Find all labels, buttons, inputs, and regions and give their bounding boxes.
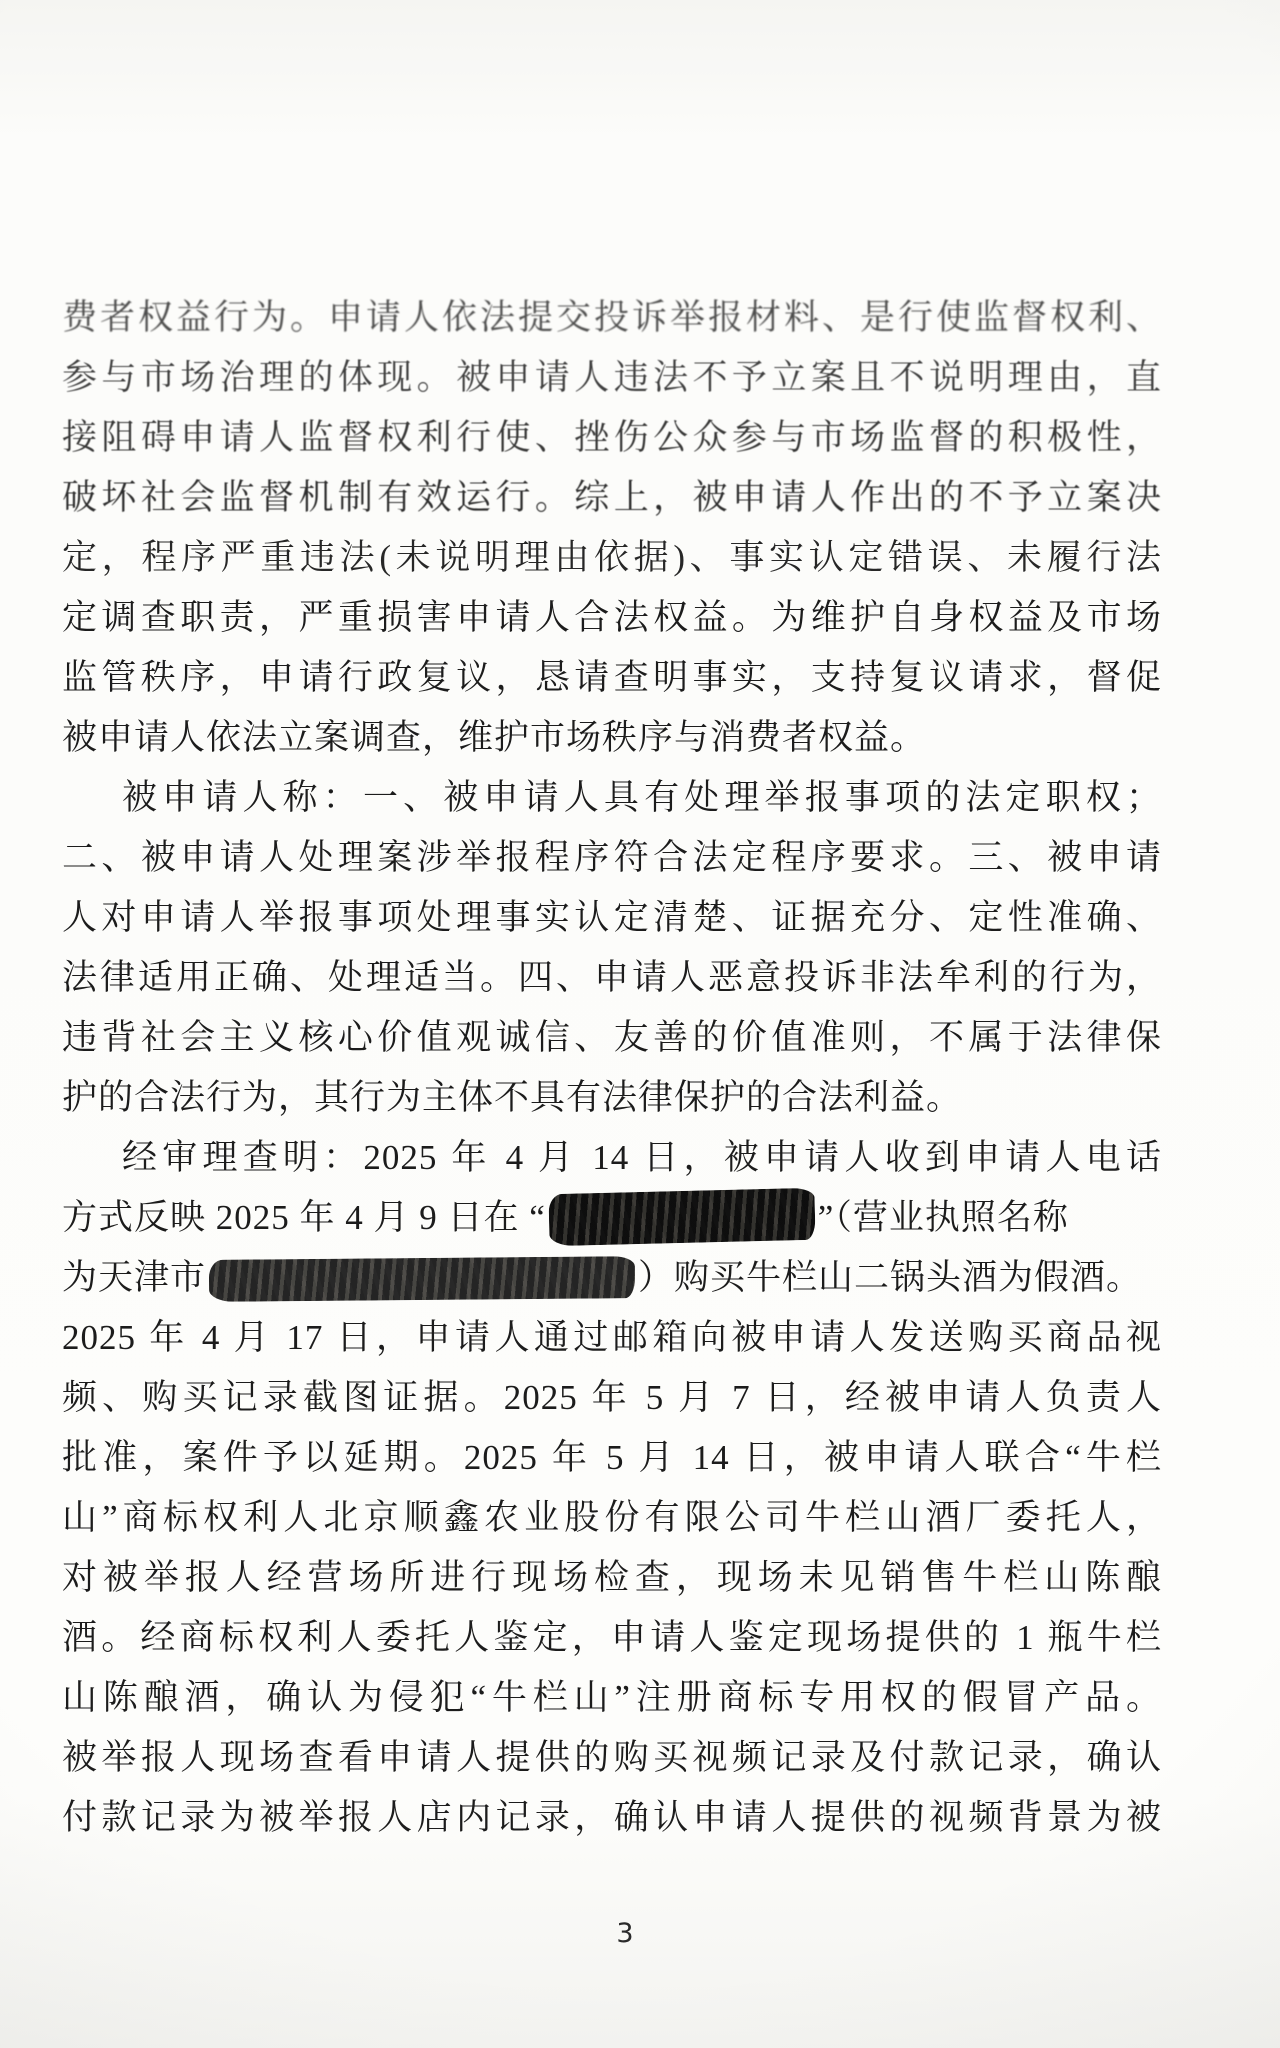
document-line: 护的合法行为，其行为主体不具有法律保护的合法利益。 [62, 1068, 1162, 1128]
document-line: 监管秩序，申请行政复议，恳请查明事实，支持复议请求，督促 [62, 648, 1162, 708]
page-footer: 3 [0, 1918, 1250, 1949]
document-line: 方式反映 2025 年 4 月 9 日在 “”（营业执照名称 [62, 1188, 1162, 1248]
document-line: 山陈酿酒，确认为侵犯“牛栏山”注册商标专用权的假冒产品。 [62, 1668, 1162, 1728]
document-line: 被举报人现场查看申请人提供的购买视频记录及付款记录，确认 [62, 1728, 1162, 1788]
document-text-segment: ”（营业执照名称 [818, 1198, 1069, 1237]
document-line: 酒。经商标权利人委托人鉴定，申请人鉴定现场提供的 1 瓶牛栏 [62, 1608, 1162, 1668]
document-line: 2025 年 4 月 17 日，申请人通过邮箱向被申请人发送购买商品视 [62, 1308, 1162, 1368]
document-photo: 费者权益行为。申请人依法提交投诉举报材料、是行使监督权利、参与市场治理的体现。被… [0, 0, 1280, 2048]
document-text-segment: 为天津市 [62, 1258, 206, 1297]
document-line: 人对申请人举报事项处理事实认定清楚、证据充分、定性准确、 [62, 888, 1162, 948]
document-line: 被申请人称：一、被申请人具有处理举报事项的法定职权； [62, 768, 1162, 828]
document-line: 为天津市）购买牛栏山二锅头酒为假酒。 [62, 1248, 1162, 1308]
document-text: 费者权益行为。申请人依法提交投诉举报材料、是行使监督权利、参与市场治理的体现。被… [62, 288, 1162, 1848]
document-line: 定，程序严重违法(未说明理由依据)、事实认定错误、未履行法 [62, 528, 1162, 588]
document-line: 批准，案件予以延期。2025 年 5 月 14 日，被申请人联合“牛栏 [62, 1428, 1162, 1488]
document-line: 违背社会主义核心价值观诚信、友善的价值准则，不属于法律保 [62, 1008, 1162, 1068]
document-line: 被申请人依法立案调查，维护市场秩序与消费者权益。 [62, 708, 1162, 768]
document-line: 法律适用正确、处理适当。四、申请人恶意投诉非法牟利的行为， [62, 948, 1162, 1008]
page-number: 3 [616, 1918, 633, 1949]
redaction-mark-store-name [548, 1188, 815, 1246]
document-line: 二、被申请人处理案涉举报程序符合法定程序要求。三、被申请 [62, 828, 1162, 888]
document-line: 破坏社会监督机制有效运行。综上，被申请人作出的不予立案决 [62, 468, 1162, 528]
document-line: 频、购买记录截图证据。2025 年 5 月 7 日，经被申请人负责人 [62, 1368, 1162, 1428]
document-line: 山”商标权利人北京顺鑫农业股份有限公司牛栏山酒厂委托人， [62, 1488, 1162, 1548]
document-line: 费者权益行为。申请人依法提交投诉举报材料、是行使监督权利、 [62, 288, 1162, 348]
document-line: 对被举报人经营场所进行现场检查，现场未见销售牛栏山陈酿 [62, 1548, 1162, 1608]
document-line: 参与市场治理的体现。被申请人违法不予立案且不说明理由，直 [62, 348, 1162, 408]
document-text-segment: 方式反映 2025 年 4 月 9 日在 “ [62, 1198, 546, 1237]
document-line: 接阻碍申请人监督权利行使、挫伤公众参与市场监督的积极性， [62, 408, 1162, 468]
document-line: 定调查职责，严重损害申请人合法权益。为维护自身权益及市场 [62, 588, 1162, 648]
document-line: 经审理查明：2025 年 4 月 14 日，被申请人收到申请人电话 [62, 1128, 1162, 1188]
redaction-mark-license-holder-name [209, 1256, 635, 1302]
document-text-segment: ）购买牛栏山二锅头酒为假酒。 [638, 1258, 1142, 1297]
document-line: 付款记录为被举报人店内记录，确认申请人提供的视频背景为被 [62, 1788, 1162, 1848]
